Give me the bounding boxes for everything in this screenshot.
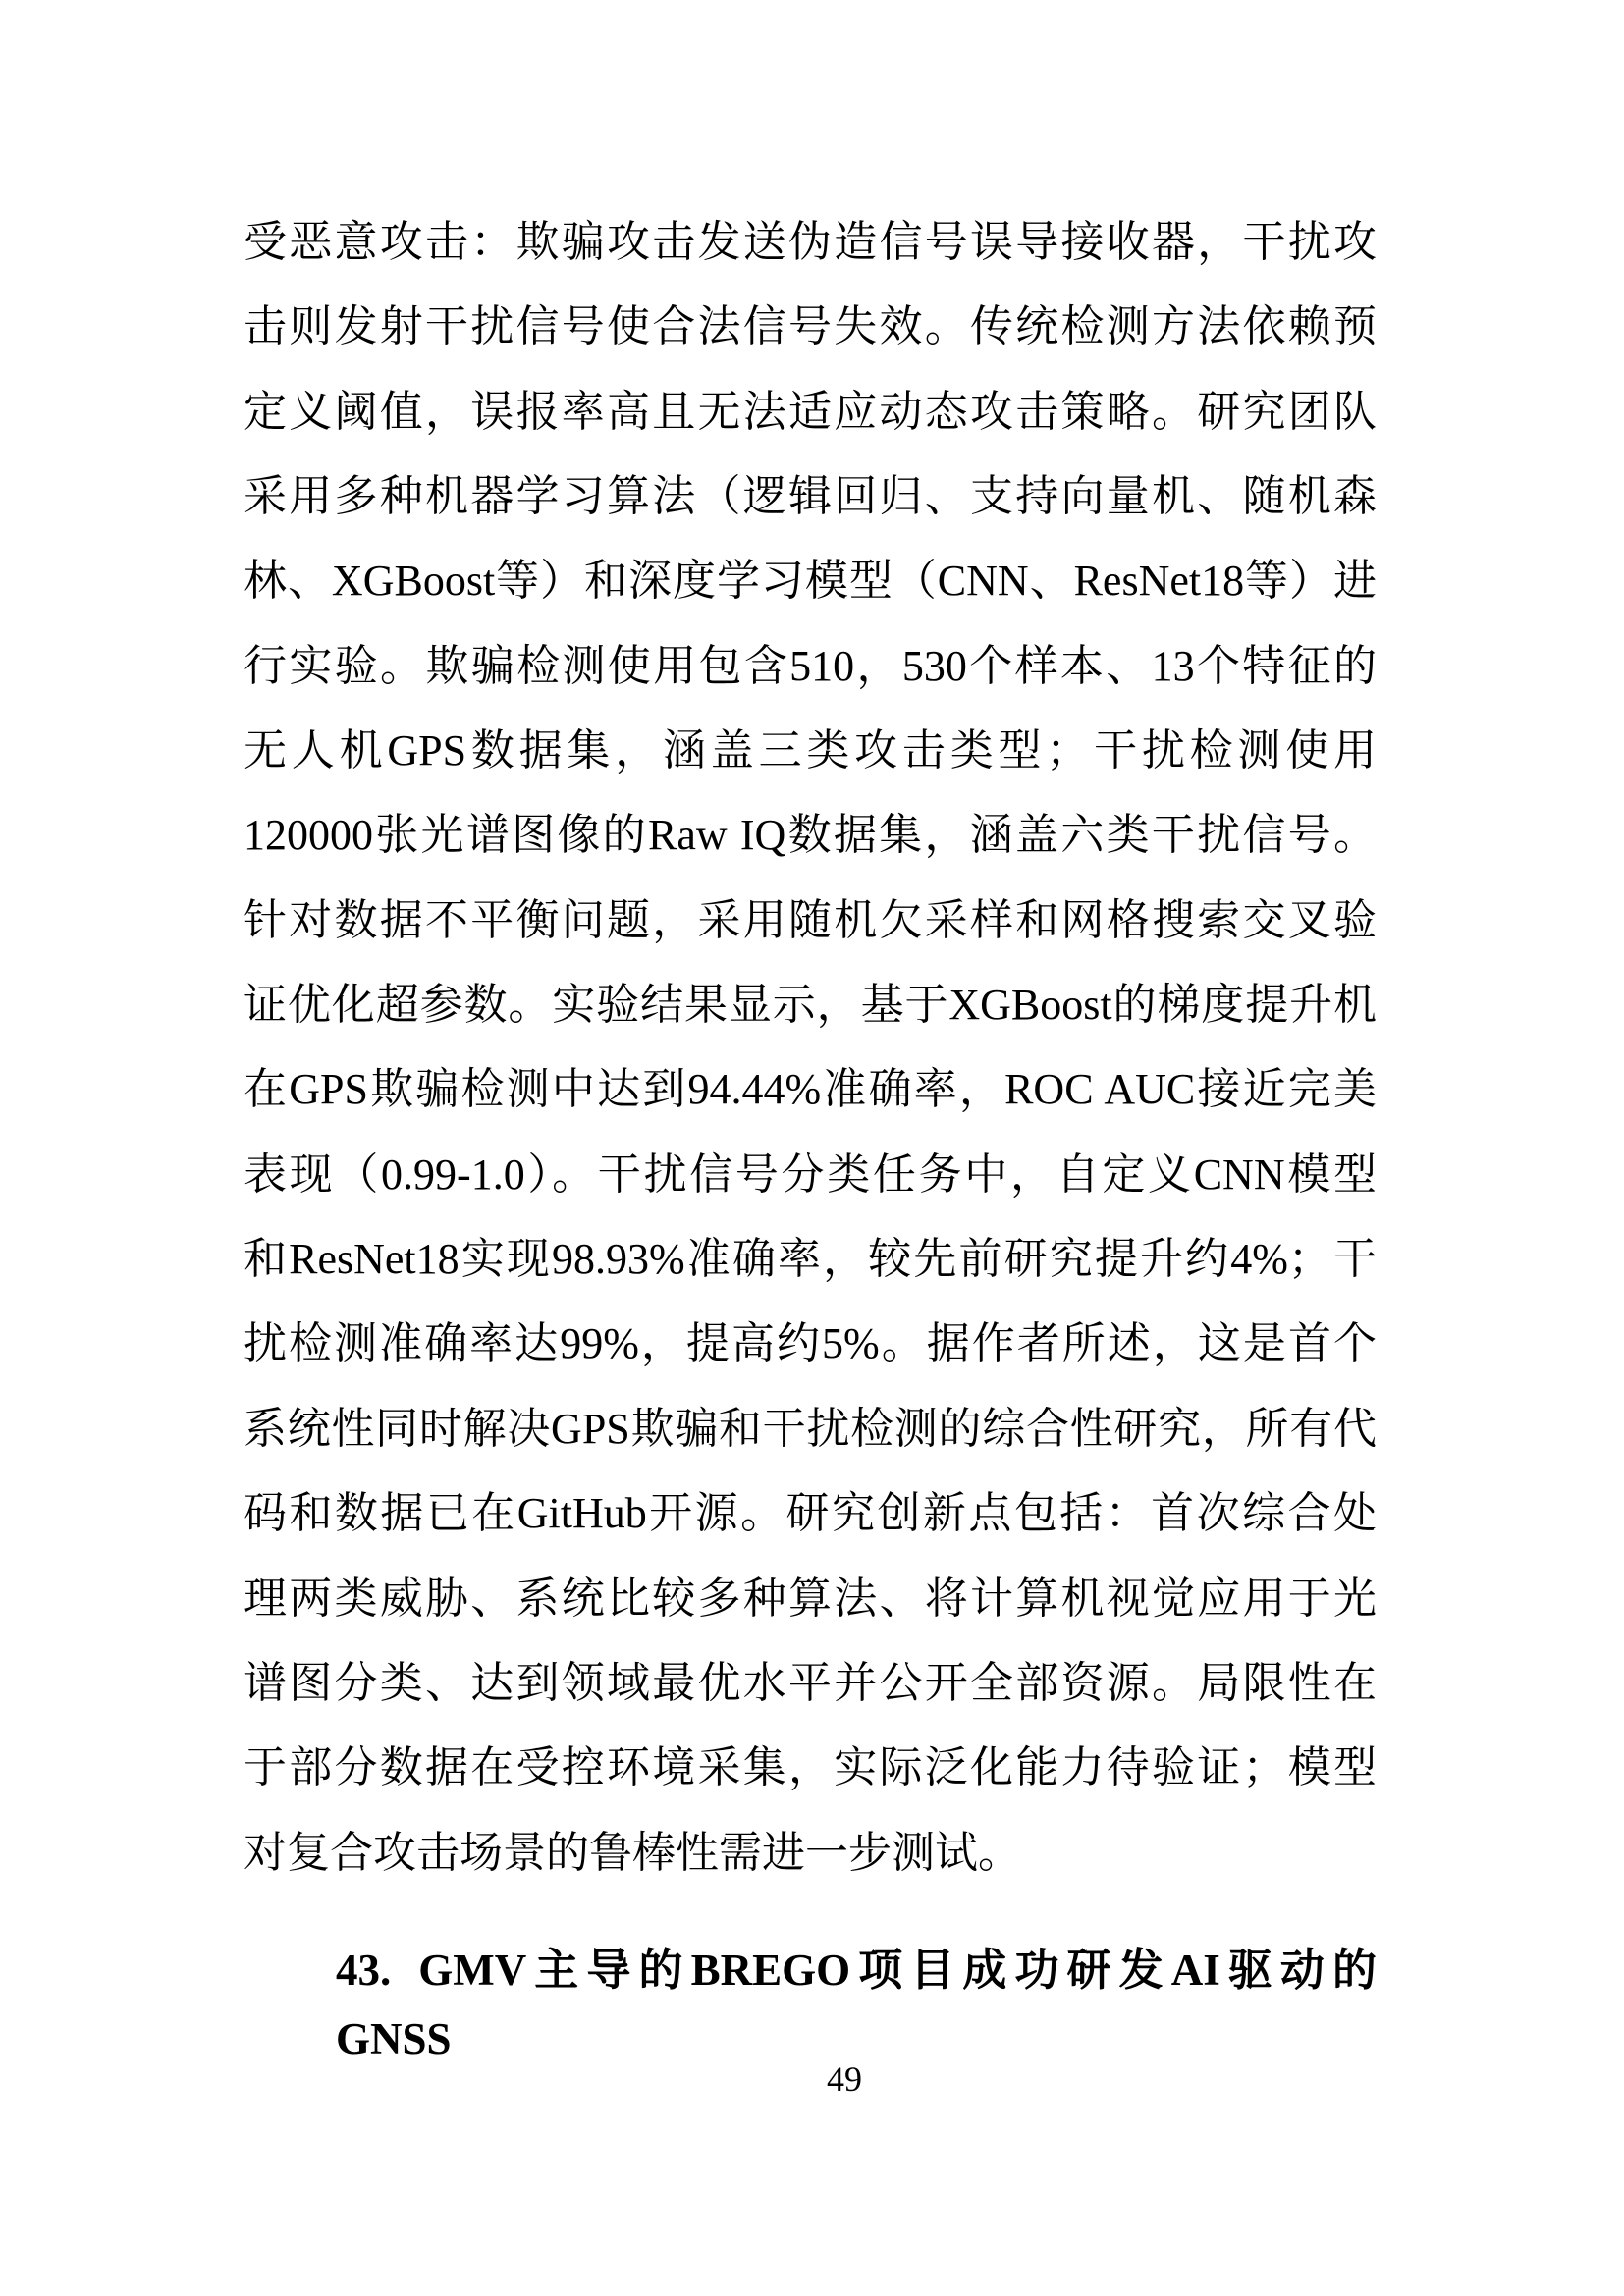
- section-heading: 43.GMV主导的BREGO项目成功研发AI驱动的GNSS: [244, 1936, 1377, 2073]
- paragraph-line: 击则发射干扰信号使合法信号失效。传统检测方法依赖预: [244, 285, 1377, 369]
- paragraph-line: 于部分数据在受控环境采集，实际泛化能力待验证；模型: [244, 1726, 1377, 1810]
- paragraph-line: 受恶意攻击：欺骗攻击发送伪造信号误导接收器，干扰攻: [244, 200, 1377, 285]
- paragraph-line: 在GPS欺骗检测中达到94.44%准确率，ROC AUC接近完美: [244, 1047, 1377, 1132]
- paragraph-line: 扰检测准确率达99%，提高约5%。据作者所述，这是首个: [244, 1302, 1377, 1386]
- section-title: GMV主导的BREGO项目成功研发AI驱动的GNSS: [336, 1946, 1377, 2063]
- page-number: 49: [766, 2059, 923, 2099]
- paragraph-line: 证优化超参数。实验结果显示，基于XGBoost的梯度提升机: [244, 963, 1377, 1047]
- paragraph-line: 林、XGBoost等）和深度学习模型（CNN、ResNet18等）进: [244, 539, 1377, 623]
- paragraph-line: 针对数据不平衡问题，采用随机欠采样和网格搜索交叉验: [244, 879, 1377, 963]
- paragraph-line: 表现（0.99-1.0）。干扰信号分类任务中，自定义CNN模型: [244, 1133, 1377, 1217]
- paragraph-line: 系统性同时解决GPS欺骗和干扰检测的综合性研究，所有代: [244, 1387, 1377, 1471]
- paragraph-line: 对复合攻击场景的鲁棒性需进一步测试。: [244, 1811, 1377, 1896]
- paragraph-line: 无人机GPS数据集，涵盖三类攻击类型；干扰检测使用: [244, 709, 1377, 793]
- paragraph-line: 理两类威胁、系统比较多种算法、将计算机视觉应用于光: [244, 1557, 1377, 1641]
- body-text: 受恶意攻击：欺骗攻击发送伪造信号误导接收器，干扰攻 击则发射干扰信号使合法信号失…: [244, 200, 1377, 1896]
- paragraph-line: 和ResNet18实现98.93%准确率，较先前研究提升约4%；干: [244, 1217, 1377, 1302]
- paragraph-line: 行实验。欺骗检测使用包含510，530个样本、13个特征的: [244, 624, 1377, 709]
- paragraph-line: 120000张光谱图像的Raw IQ数据集，涵盖六类干扰信号。: [244, 793, 1377, 878]
- paragraph-line: 谱图分类、达到领域最优水平并公开全部资源。局限性在: [244, 1641, 1377, 1726]
- paragraph-line: 定义阈值，误报率高且无法适应动态攻击策略。研究团队: [244, 370, 1377, 454]
- section-number: 43.: [336, 1946, 391, 1995]
- paragraph-line: 采用多种机器学习算法（逻辑回归、支持向量机、随机森: [244, 454, 1377, 539]
- paragraph-line: 码和数据已在GitHub开源。研究创新点包括：首次综合处: [244, 1471, 1377, 1556]
- document-page: 受恶意攻击：欺骗攻击发送伪造信号误导接收器，干扰攻 击则发射干扰信号使合法信号失…: [0, 0, 1624, 2296]
